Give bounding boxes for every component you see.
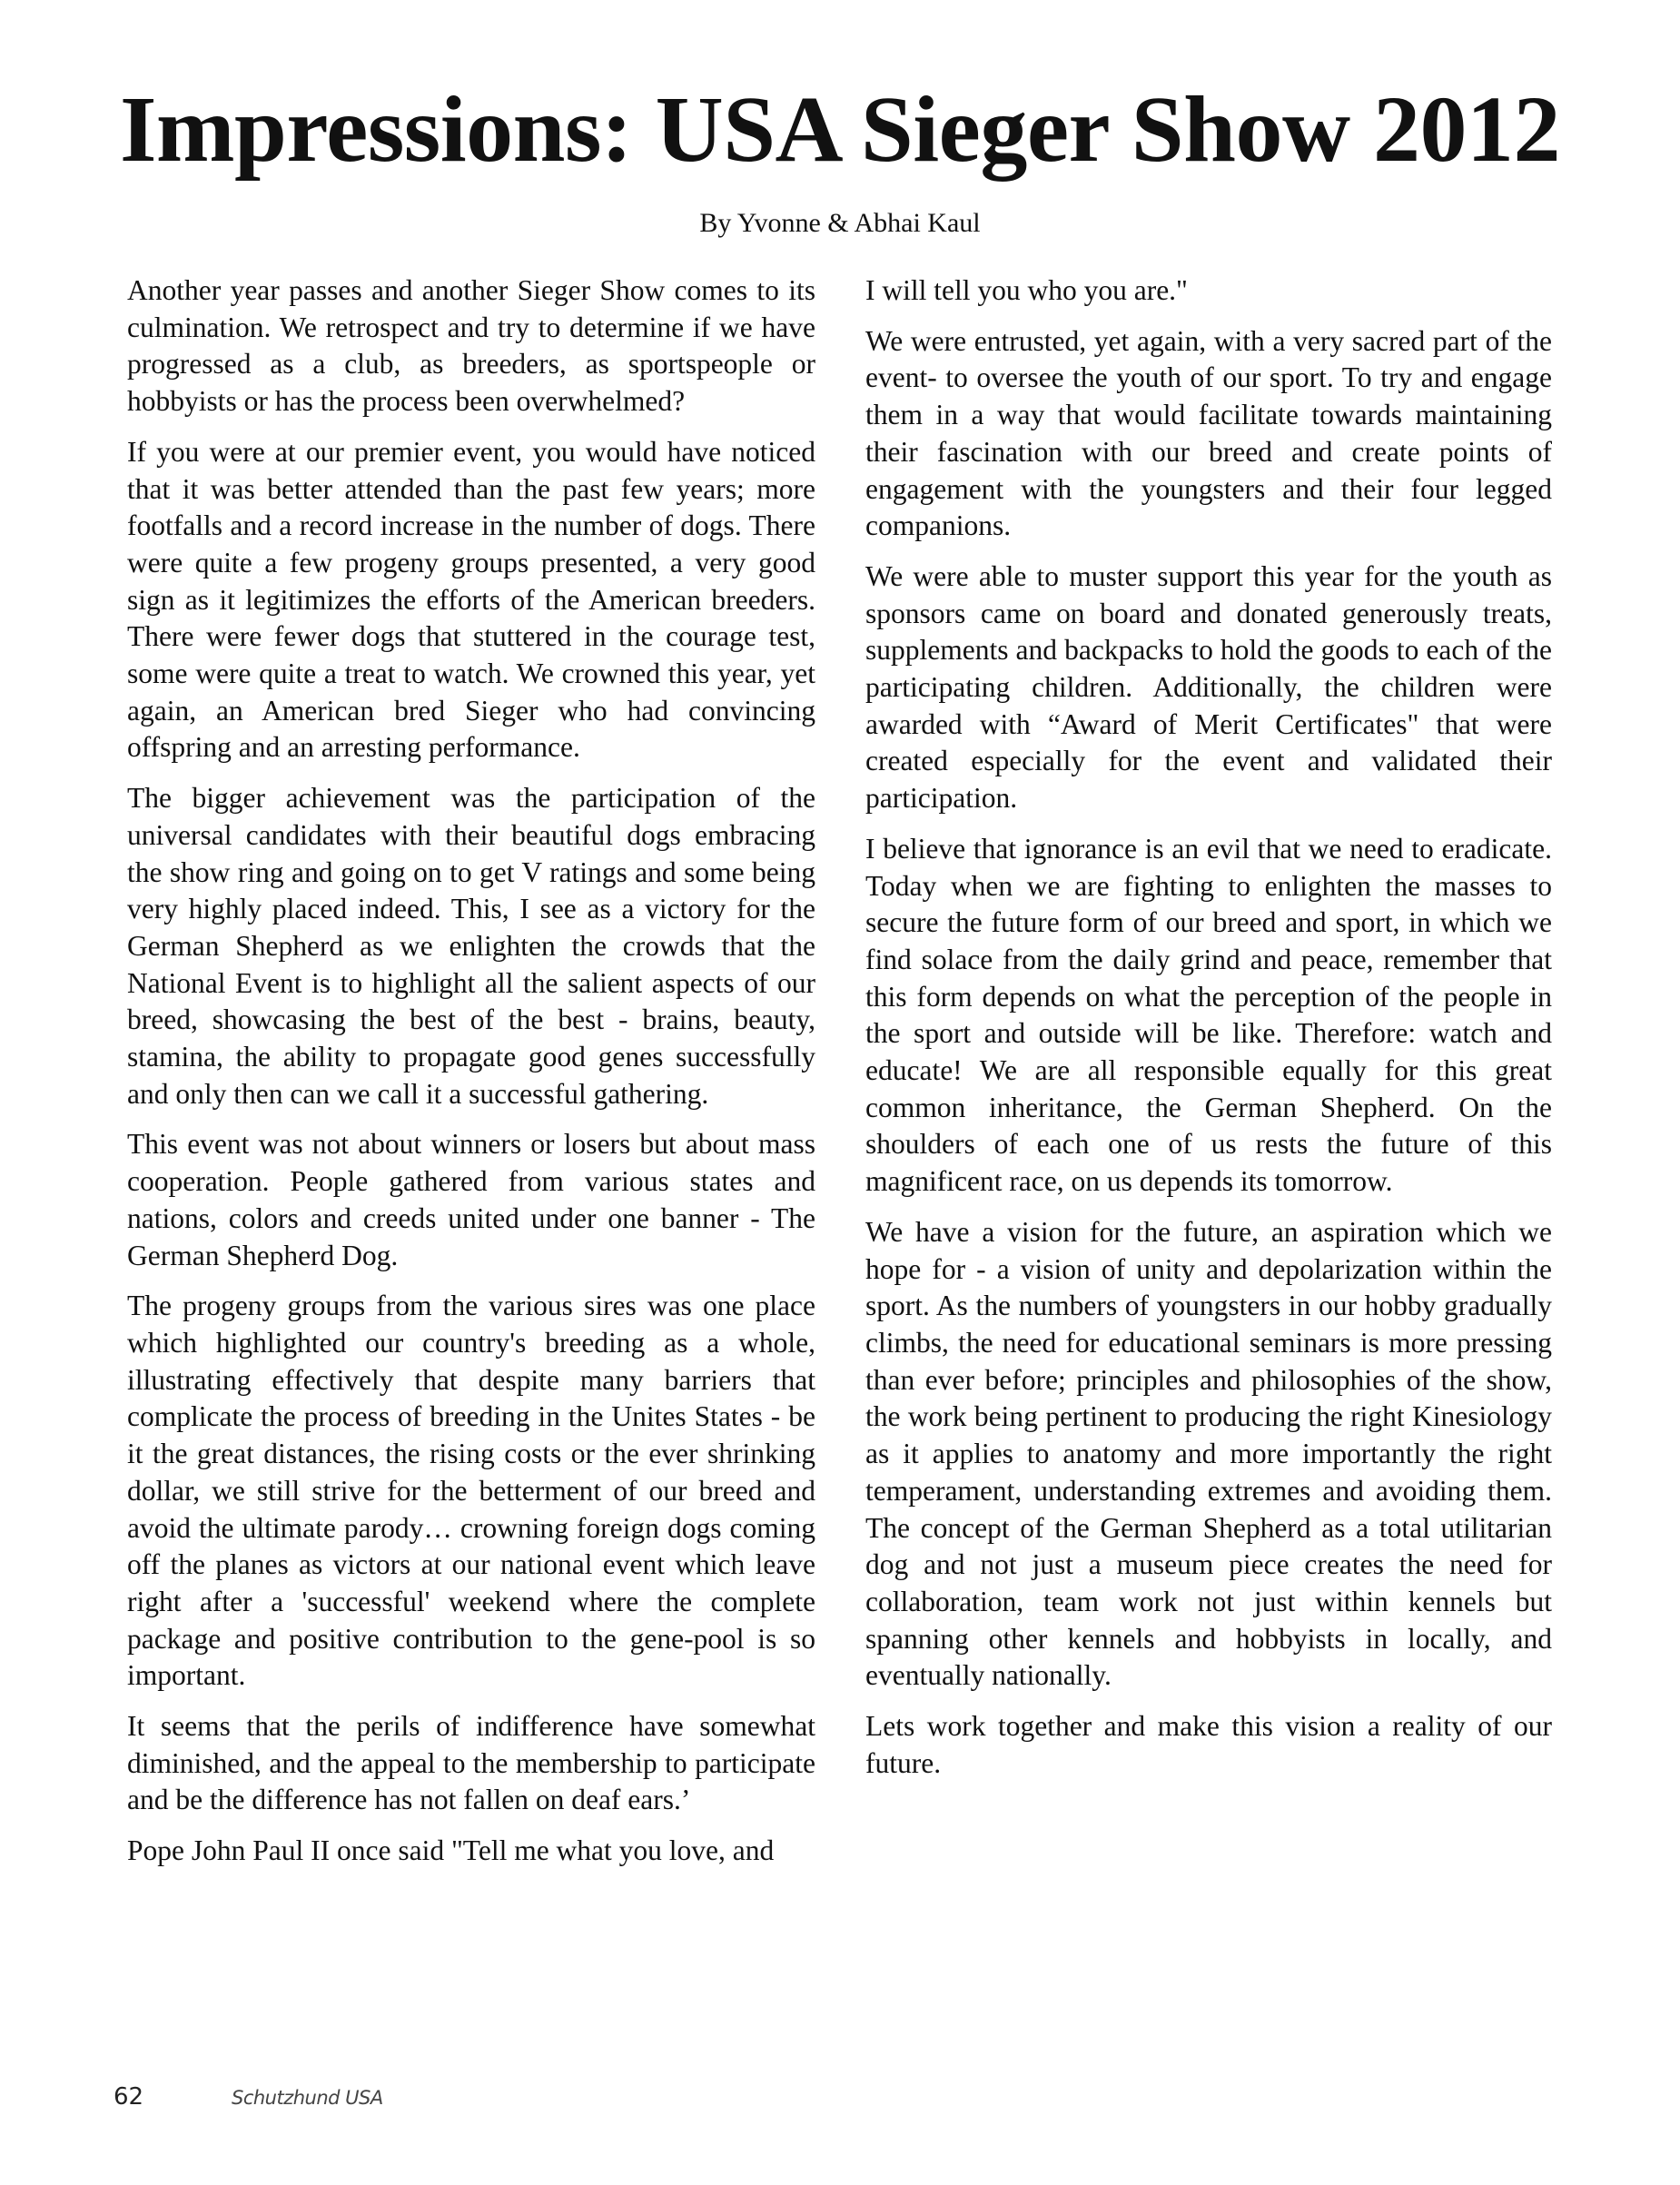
paragraph: The progeny groups from the various sire… (127, 1288, 815, 1695)
paragraph: I will tell you who you are." (865, 272, 1552, 310)
page-number: 62 (114, 2083, 143, 2111)
left-column: Another year passes and another Sieger S… (127, 272, 815, 1883)
paragraph: It seems that the perils of indifference… (127, 1708, 815, 1819)
paragraph: We were able to muster support this year… (865, 559, 1552, 817)
paragraph: This event was not about winners or lose… (127, 1126, 815, 1274)
paragraph: The bigger achievement was the participa… (127, 780, 815, 1112)
article-title: Impressions: USA Sieger Show 2012 (0, 80, 1680, 180)
publication-name: Schutzhund USA (232, 2087, 383, 2109)
paragraph: Pope John Paul II once said "Tell me wha… (127, 1833, 815, 1870)
paragraph: Another year passes and another Sieger S… (127, 272, 815, 420)
paragraph: I believe that ignorance is an evil that… (865, 831, 1552, 1201)
paragraph: We have a vision for the future, an aspi… (865, 1214, 1552, 1695)
paragraph: Lets work together and make this vision … (865, 1708, 1552, 1782)
article-byline: By Yvonne & Abhai Kaul (0, 207, 1680, 240)
right-column: I will tell you who you are." We were en… (865, 272, 1552, 1795)
paragraph: If you were at our premier event, you wo… (127, 434, 815, 766)
paragraph: We were entrusted, yet again, with a ver… (865, 323, 1552, 545)
